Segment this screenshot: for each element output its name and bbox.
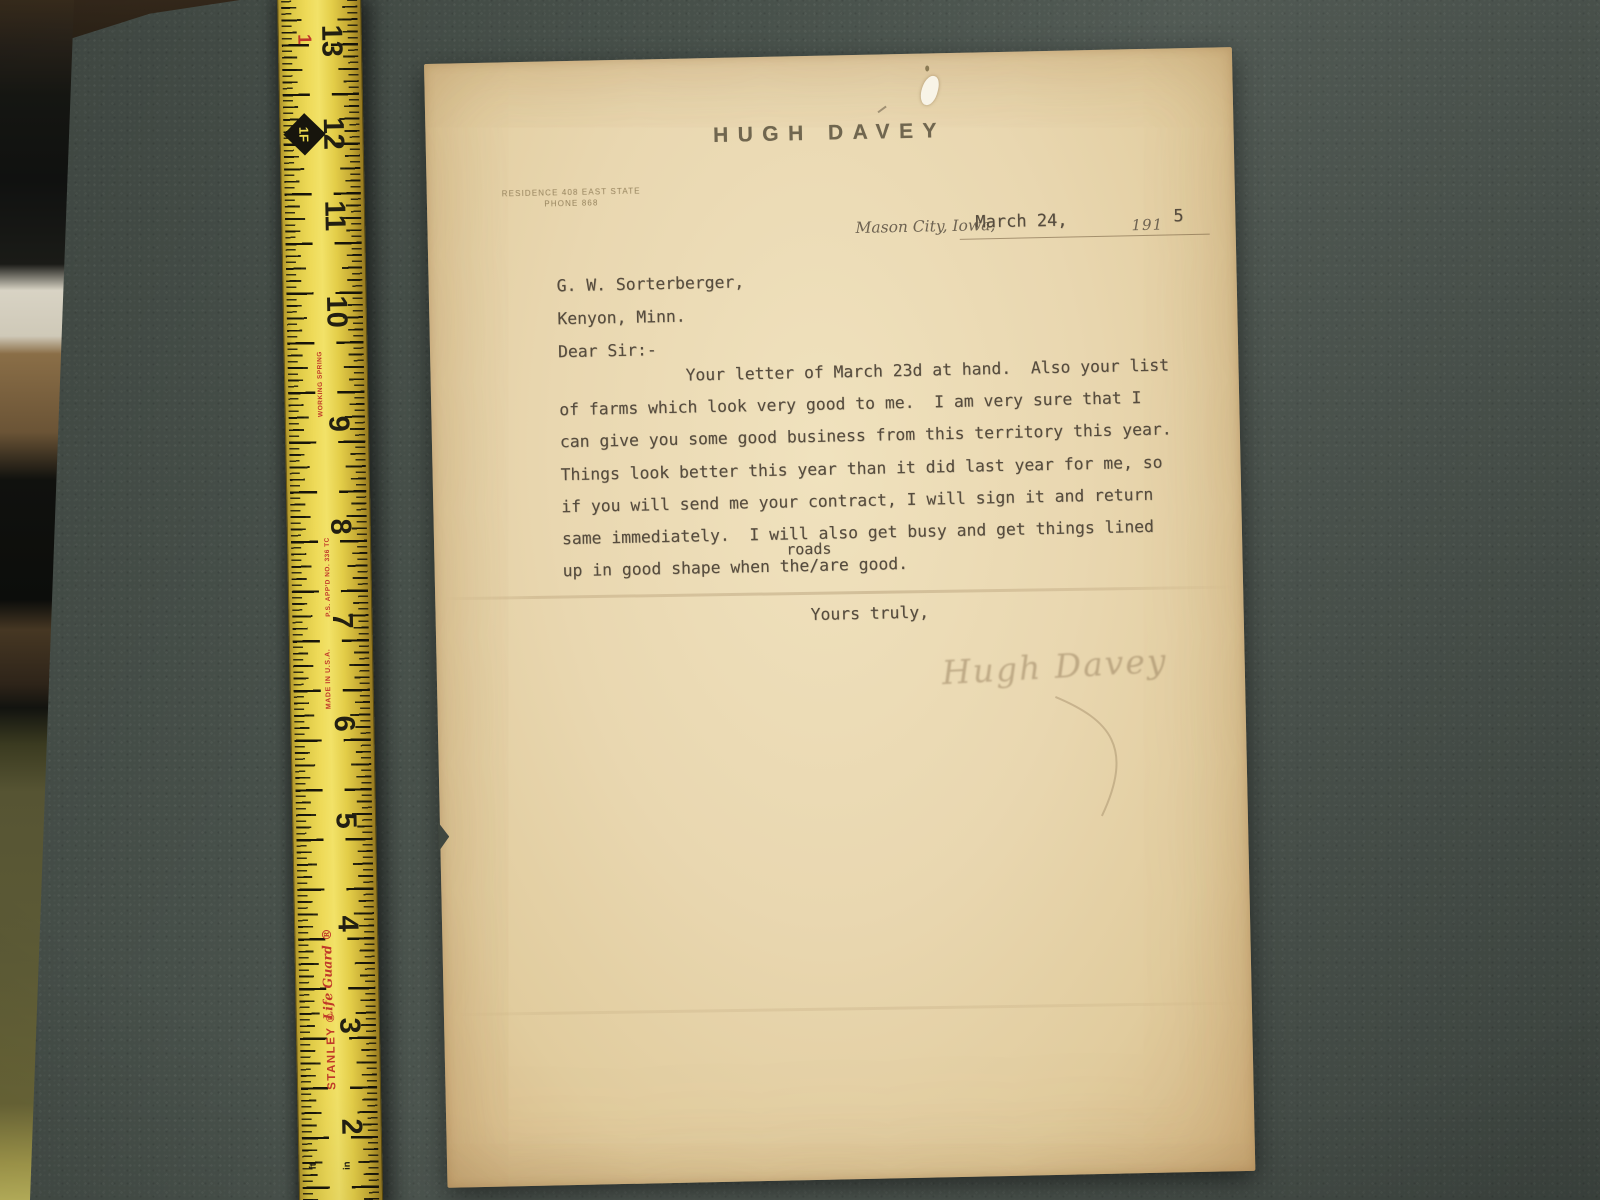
dateline-year-preprint: 191 [1131, 216, 1163, 235]
ruler-brand-text: STANLEY ® [326, 1012, 339, 1090]
body-line: Things look better this year than it did… [560, 455, 1162, 484]
dateline-year-typed: 5 [1173, 208, 1184, 225]
recipient-city: Kenyon, Minn. [557, 309, 686, 328]
foot-marker-label: 1F [297, 127, 312, 142]
closing: Yours truly, [810, 605, 929, 624]
ruler-unit-ft: ft [309, 1163, 319, 1170]
body-line: same immediately. I will also get busy a… [562, 519, 1154, 548]
ruler-inch-12: 12 [318, 117, 348, 150]
letterhead-name: HUGH DAVEY [425, 113, 1233, 154]
letterhead-residence: RESIDENCE 408 EAST STATE PHONE 868 [479, 185, 664, 211]
ruler-inch-2: 2 [336, 1118, 365, 1135]
signature-flourish [1037, 688, 1190, 831]
ruler-inch-6: 6 [329, 715, 358, 732]
ruler-inch-13: 13 [316, 24, 346, 57]
ruler-unit-in: in [343, 1161, 353, 1170]
recipient-name: G. W. Sorterberger, [557, 274, 745, 294]
ruler-inch-8: 8 [325, 518, 354, 535]
paper-tear-notch [438, 822, 450, 852]
paper-speck [925, 65, 929, 71]
body-line: up in good shape when the/are good. [562, 556, 908, 580]
ruler-inch-3: 3 [334, 1017, 363, 1034]
letter-document: HUGH DAVEY RESIDENCE 408 EAST STATE PHON… [424, 47, 1255, 1188]
photo-scene: 1 13 1F 12 11 10 9 8 7 6 5 4 3 2 WORKING… [0, 0, 1600, 1200]
paper-chip-mark [919, 74, 941, 107]
ruler-red-number: 1 [294, 34, 313, 45]
body-line: can give you some good business from thi… [560, 421, 1172, 450]
fold-crease-lower [452, 1001, 1244, 1016]
pencil-tick-mark [877, 106, 886, 114]
ruler-inch-5: 5 [331, 812, 360, 829]
ruler-patent-text: P.S. APP'D NO. 336 TC [325, 537, 333, 617]
signature-handwriting: Hugh Davey [941, 641, 1169, 693]
body-line: if you will send me your contract, I wil… [561, 487, 1153, 516]
ruler-inch-10: 10 [321, 295, 351, 328]
ruler-lifeguard-text: Life Guard ® [321, 928, 335, 1019]
ruler-inch-4: 4 [332, 915, 361, 932]
ruler-inch-11: 11 [319, 200, 349, 231]
salutation: Dear Sir:- [558, 342, 657, 360]
ruler-spring-text: WORKING SPRING [317, 351, 325, 417]
dateline-date: March 24, [975, 213, 1067, 232]
fold-crease [443, 586, 1235, 601]
body-line: of farms which look very good to me. I a… [559, 390, 1141, 419]
ruler-made-in-text: MADE IN U.S.A. [324, 649, 332, 710]
body-line: Your letter of March 23d at hand. Also y… [685, 357, 1169, 384]
ruler-inch-9: 9 [323, 415, 352, 432]
